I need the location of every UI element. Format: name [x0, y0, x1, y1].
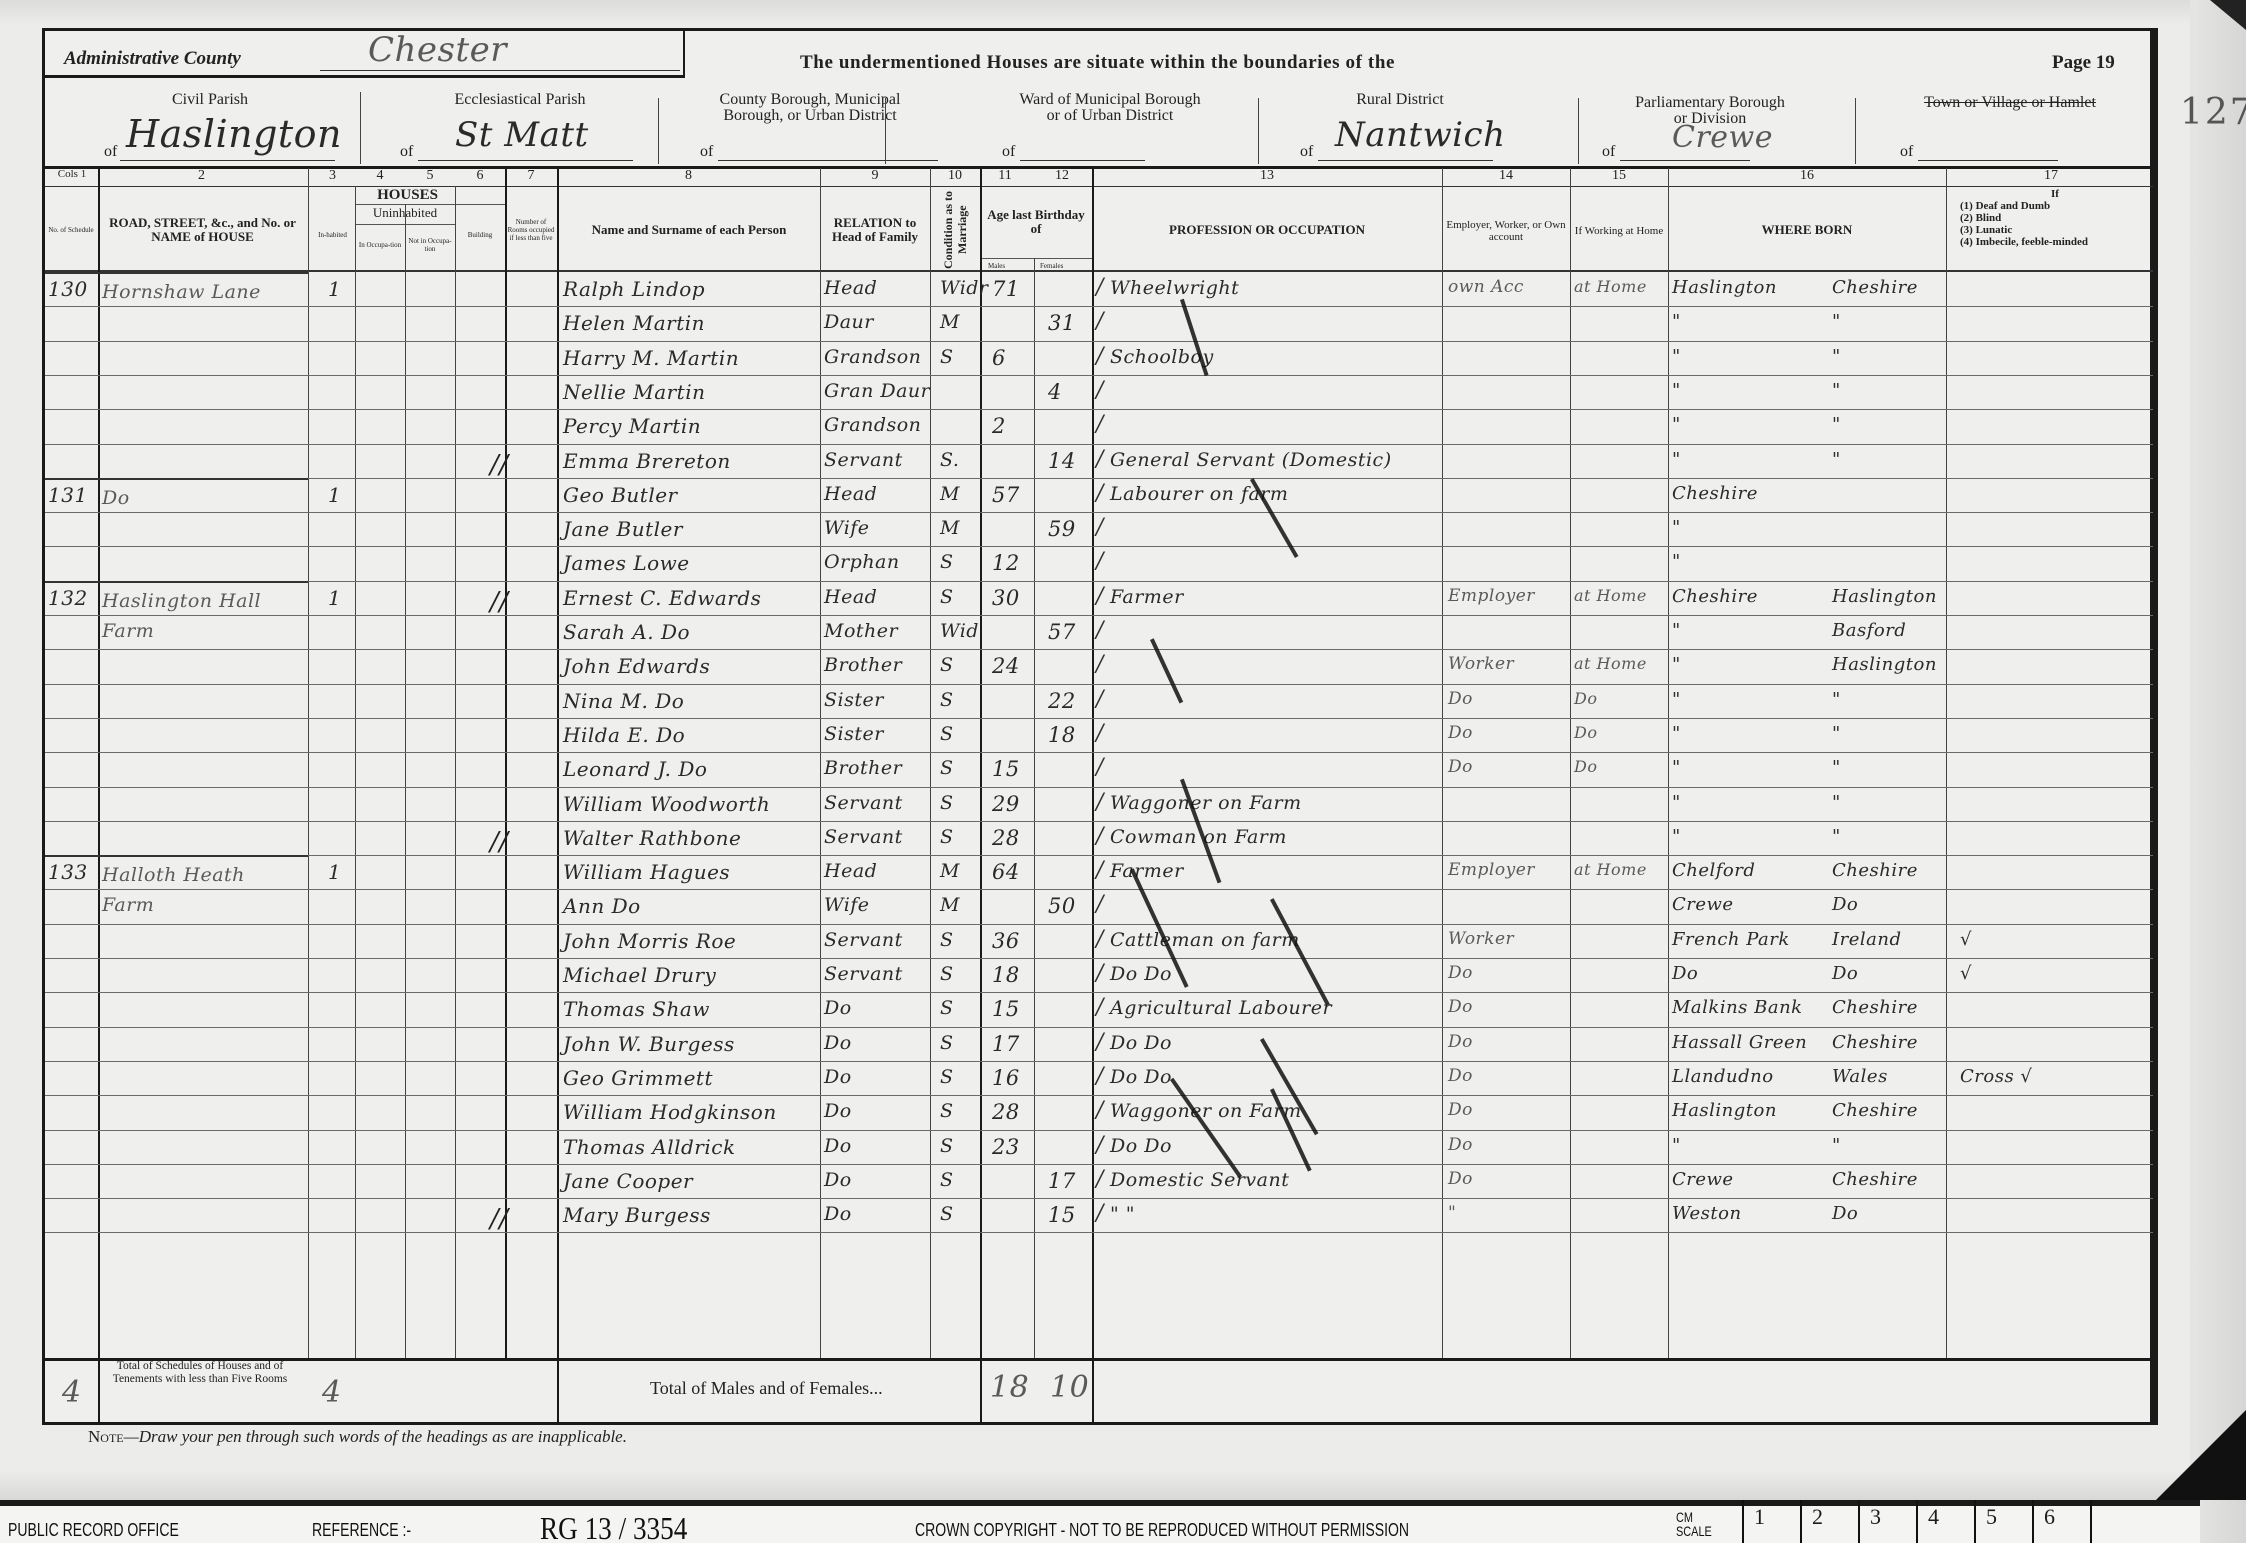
- row-female-age: 57: [1048, 620, 1076, 644]
- scale-tick: [1858, 1500, 1860, 1543]
- row-employer: Do: [1448, 1135, 1473, 1155]
- enumerator-tick-icon: /: [1096, 961, 1104, 986]
- col-divider: [1946, 168, 1947, 1358]
- row-condition: S: [940, 1032, 954, 1054]
- cm-scale-label: CM SCALE: [1676, 1510, 1707, 1538]
- col-employer-header: Employer, Worker, or Own account: [1444, 196, 1568, 266]
- row-name: Geo Butler: [563, 483, 678, 507]
- row-male-age: 57: [992, 483, 1020, 507]
- enumerator-tick-icon: /: [1096, 584, 1104, 609]
- row-relation: Daur: [824, 311, 874, 333]
- row-relation: Wife: [824, 894, 870, 916]
- col-divider: [405, 204, 406, 1358]
- col-divider: [1668, 168, 1669, 1358]
- row-inhabited: 1: [328, 277, 341, 301]
- row-born-place: Cheshire: [1672, 586, 1758, 607]
- col-occupation-header: PROFESSION OR OCCUPATION: [1094, 200, 1440, 260]
- row-born-place: ": [1672, 757, 1681, 778]
- col-number: 14: [1442, 168, 1570, 184]
- row-condition: S: [940, 1169, 954, 1191]
- row-relation: Orphan: [824, 551, 900, 573]
- row-male-age: 28: [992, 826, 1020, 850]
- row-born-county: Cheshire: [1832, 1169, 1918, 1190]
- col-number: 2: [98, 168, 305, 184]
- schedule-rule: [45, 272, 308, 274]
- col-divider: [930, 168, 931, 1358]
- row-relation: Head: [824, 277, 877, 299]
- row-born-place: ": [1672, 311, 1681, 332]
- row-rule: [45, 958, 2153, 959]
- row-condition: S: [940, 586, 954, 608]
- ward-label: Ward of Municipal Boroughor of Urban Dis…: [960, 92, 1260, 124]
- enumerator-tick-icon: /: [1096, 1201, 1104, 1226]
- row-name: William Woodworth: [563, 792, 770, 816]
- copyright-notice: CROWN COPYRIGHT - NOT TO BE REPRODUCED W…: [915, 1520, 1409, 1541]
- row-born-place: French Park: [1672, 929, 1790, 950]
- row-born-county: ": [1832, 311, 1841, 332]
- scale-tick: [1742, 1500, 1744, 1543]
- totals-top-rule: [45, 1358, 2153, 1361]
- col-number: 9: [820, 168, 930, 184]
- row-at-home: Do: [1574, 689, 1597, 708]
- col-divider: [557, 168, 559, 1425]
- reference-number: RG 13 / 3354: [540, 1510, 687, 1543]
- row-occupation: Do Do: [1110, 1135, 1172, 1157]
- row-condition: S.: [940, 449, 959, 471]
- row-occupation: Waggoner on Farm: [1110, 1100, 1302, 1122]
- row-relation: Do: [824, 997, 852, 1019]
- row-born-place: Crewe: [1672, 894, 1734, 915]
- col-number: 7: [505, 168, 557, 184]
- row-employer: Do: [1448, 1066, 1473, 1086]
- enumerator-tick-icon: /: [1096, 481, 1104, 506]
- row-born-county: ": [1832, 380, 1841, 401]
- row-born-place: ": [1672, 792, 1681, 813]
- enumerator-tick-icon: /: [1096, 721, 1104, 746]
- row-name: Nina M. Do: [563, 689, 684, 713]
- row-schedule: 130: [48, 277, 88, 301]
- row-female-age: 4: [1048, 380, 1062, 404]
- row-rule: [45, 1232, 2153, 1233]
- scale-tick: [2032, 1500, 2034, 1543]
- totals-females: 10: [1050, 1370, 1089, 1405]
- divider: [658, 98, 659, 164]
- row-occupation: Farmer: [1110, 860, 1184, 882]
- row-born-place: ": [1672, 723, 1681, 744]
- col-divider: [355, 186, 356, 1358]
- row-condition: S: [940, 792, 954, 814]
- row-name: Thomas Shaw: [563, 997, 710, 1021]
- scale-number: 1: [1754, 1504, 1765, 1530]
- row-relation: Grandson: [824, 414, 921, 436]
- enumerator-tick-icon: /: [1096, 378, 1104, 403]
- row-born-place: ": [1672, 380, 1681, 401]
- row-rule: [45, 1027, 2153, 1028]
- enumerator-tick-icon: /: [1096, 515, 1104, 540]
- civil-parish-value: Haslington: [126, 112, 342, 156]
- row-name: Sarah A. Do: [563, 620, 690, 644]
- row-female-age: 14: [1048, 449, 1076, 473]
- row-employer: Do: [1448, 997, 1473, 1017]
- row-condition: S: [940, 1203, 954, 1225]
- row-address: Halloth Heath Farm: [102, 860, 302, 920]
- row-female-age: 17: [1048, 1169, 1076, 1193]
- row-born-county: Cheshire: [1832, 1100, 1918, 1121]
- row-rule: [45, 1130, 2153, 1131]
- row-occupation: General Servant (Domestic): [1110, 449, 1392, 471]
- row-relation: Servant: [824, 792, 903, 814]
- col-number: 13: [1092, 168, 1442, 184]
- enumerator-tick-icon: /: [1096, 790, 1104, 815]
- col-houses-header: HOUSES: [310, 186, 505, 204]
- col-divider: [820, 168, 821, 1358]
- row-born-place: Haslington: [1672, 1100, 1777, 1121]
- scale-number: 5: [1986, 1504, 1997, 1530]
- row-relation: Do: [824, 1135, 852, 1157]
- row-born-county: ": [1832, 723, 1841, 744]
- row-rule: [45, 924, 2153, 925]
- row-rule: [45, 375, 2153, 376]
- row-born-county: Do: [1832, 1203, 1858, 1224]
- row-born-county: Cheshire: [1832, 997, 1918, 1018]
- boundaries-banner: The undermentioned Houses are situate wi…: [800, 52, 1395, 74]
- row-relation: Sister: [824, 689, 884, 711]
- row-employer: Do: [1448, 1032, 1473, 1052]
- row-born-county: ": [1832, 414, 1841, 435]
- row-female-age: 18: [1048, 723, 1076, 747]
- row-rule: [45, 1095, 2153, 1096]
- row-employer: Do: [1448, 1100, 1473, 1120]
- row-male-age: 30: [992, 586, 1020, 610]
- row-rule: [45, 889, 2153, 890]
- row-at-home: at Home: [1574, 277, 1647, 296]
- schedule-rule: [45, 855, 308, 857]
- row-relation: Do: [824, 1203, 852, 1225]
- row-name: John W. Burgess: [563, 1032, 735, 1056]
- row-condition: S: [940, 826, 954, 848]
- row-born-county: ": [1832, 1135, 1841, 1156]
- of-label: of: [1602, 143, 1615, 161]
- row-male-age: 6: [992, 346, 1006, 370]
- col-divider: [308, 168, 309, 1358]
- rural-district-label: Rural District: [1300, 92, 1500, 108]
- row-condition: S: [940, 551, 954, 573]
- underline: [1318, 160, 1493, 161]
- scale-tick: [1974, 1500, 1976, 1543]
- ecclesiastical-parish-label: Ecclesiastical Parish: [420, 92, 620, 108]
- col-number: 12: [1032, 168, 1092, 184]
- enumerator-tick-icon: /: [1096, 892, 1104, 917]
- col-number: 5: [405, 168, 455, 184]
- row-schedule: 131: [48, 483, 88, 507]
- col-number: 11: [980, 168, 1030, 184]
- row-condition: S: [940, 757, 954, 779]
- row-rule: [45, 992, 2153, 993]
- rural-district-value: Nantwich: [1335, 115, 1506, 155]
- row-address: Haslington Hall Farm: [102, 586, 302, 646]
- household-end-mark-icon: //: [490, 1204, 509, 1234]
- row-male-age: 18: [992, 963, 1020, 987]
- row-born-county: Do: [1832, 963, 1858, 984]
- enumerator-tick-icon: /: [1096, 344, 1104, 369]
- row-male-age: 17: [992, 1032, 1020, 1056]
- row-at-home: at Home: [1574, 654, 1647, 673]
- row-name: Jane Cooper: [563, 1169, 693, 1193]
- of-label: of: [400, 143, 413, 161]
- row-employer: Do: [1448, 689, 1473, 709]
- row-relation: Brother: [824, 757, 902, 779]
- underline: [1620, 160, 1750, 161]
- row-name: Ernest C. Edwards: [563, 586, 761, 610]
- instruction-note: Note—Draw your pen through such words of…: [88, 1427, 627, 1447]
- admin-county-underline: [320, 70, 680, 71]
- col-relation-header: RELATION to Head of Family: [822, 200, 928, 260]
- enumerator-tick-icon: /: [1096, 309, 1104, 334]
- row-male-age: 24: [992, 654, 1020, 678]
- row-condition: S: [940, 1066, 954, 1088]
- divider: [360, 92, 361, 164]
- row-born-county: ": [1832, 757, 1841, 778]
- row-male-age: 2: [992, 414, 1006, 438]
- row-born-county: ": [1832, 826, 1841, 847]
- row-employer: Do: [1448, 1169, 1473, 1189]
- page-number: Page 19: [2052, 52, 2115, 74]
- row-schedule: 133: [48, 860, 88, 884]
- col-where-born-header: WHERE BORN: [1670, 200, 1944, 260]
- row-inhabited: 1: [328, 586, 341, 610]
- col-at-home-header: If Working at Home: [1572, 196, 1666, 266]
- row-born-county: Haslington: [1832, 586, 1937, 607]
- row-rule: [45, 546, 2153, 547]
- divider: [1258, 98, 1259, 164]
- row-occupation: Domestic Servant: [1110, 1169, 1289, 1191]
- divider: [45, 75, 685, 78]
- row-condition: Wid: [940, 620, 979, 642]
- row-name: Helen Martin: [563, 311, 705, 335]
- row-relation: Sister: [824, 723, 884, 745]
- row-rule: [45, 752, 2153, 753]
- row-born-place: Llandudno: [1672, 1066, 1774, 1087]
- row-condition: S: [940, 929, 954, 951]
- row-name: Emma Brereton: [563, 449, 731, 473]
- folio-stamp: 127: [2180, 92, 2246, 133]
- row-born-place: ": [1672, 1135, 1681, 1156]
- row-male-age: 29: [992, 792, 1020, 816]
- row-condition: S: [940, 1135, 954, 1157]
- col-schedule-header: No. of Schedule: [44, 200, 98, 260]
- row-condition: M: [940, 517, 960, 539]
- reference-label: REFERENCE :-: [312, 1520, 411, 1541]
- schedule-rule: [45, 478, 308, 480]
- admin-county-value: Chester: [368, 30, 507, 70]
- col-divider: [98, 168, 100, 1425]
- row-condition: S: [940, 723, 954, 745]
- row-condition: M: [940, 860, 960, 882]
- col-divider: [1034, 258, 1035, 1358]
- enumerator-tick-icon: /: [1096, 687, 1104, 712]
- col-number: 10: [930, 168, 980, 184]
- row-born-place: ": [1672, 346, 1681, 367]
- col-males-header: Males: [988, 262, 1005, 270]
- col-divider: [505, 168, 507, 1358]
- row-relation: Brother: [824, 654, 902, 676]
- underline: [718, 160, 938, 161]
- col-in-occupation-header: In Occupa-tion: [357, 228, 403, 262]
- totals-schedules-count: 4: [62, 1375, 82, 1410]
- row-rule: [45, 409, 2153, 410]
- totals-houses-count: 4: [322, 1375, 342, 1410]
- enumerator-tick-icon: /: [1096, 618, 1104, 643]
- row-name: John Edwards: [563, 654, 710, 678]
- county-borough-label: County Borough, MunicipalBorough, or Urb…: [680, 92, 940, 124]
- row-female-age: 50: [1048, 894, 1076, 918]
- row-name: Percy Martin: [563, 414, 701, 438]
- row-relation: Mother: [824, 620, 898, 642]
- col-divider: [980, 168, 982, 1425]
- row-born-county: ": [1832, 689, 1841, 710]
- scale-number: 4: [1928, 1504, 1939, 1530]
- row-relation: Head: [824, 586, 877, 608]
- civil-parish-label: Civil Parish: [120, 92, 300, 108]
- row-male-age: 16: [992, 1066, 1020, 1090]
- row-born-county: Cheshire: [1832, 277, 1918, 298]
- page-edge: [2190, 0, 2246, 1543]
- row-male-age: 15: [992, 757, 1020, 781]
- row-born-place: ": [1672, 826, 1681, 847]
- col-inhabited-header: In-habited: [310, 215, 355, 255]
- row-rule: [45, 684, 2153, 685]
- row-female-age: 31: [1048, 311, 1076, 335]
- row-condition: S: [940, 689, 954, 711]
- enumerator-tick-icon: /: [1096, 927, 1104, 952]
- row-born-place: Crewe: [1672, 1169, 1734, 1190]
- household-end-mark-icon: //: [490, 587, 509, 617]
- row-employer: Employer: [1448, 586, 1535, 606]
- row-occupation: Do Do: [1110, 963, 1172, 985]
- enumerator-tick-icon: /: [1096, 275, 1104, 300]
- row-name: Geo Grimmett: [563, 1066, 713, 1090]
- row-relation: Servant: [824, 929, 903, 951]
- row-rule: [45, 821, 2153, 822]
- row-occupation: Agricultural Labourer: [1110, 997, 1332, 1019]
- household-end-mark-icon: //: [490, 450, 509, 480]
- col-number: Cols 1: [44, 168, 100, 180]
- row-born-place: ": [1672, 689, 1681, 710]
- row-name: Walter Rathbone: [563, 826, 741, 850]
- row-born-county: Haslington: [1832, 654, 1937, 675]
- col-divider: [1442, 168, 1443, 1358]
- archive-office: PUBLIC RECORD OFFICE: [8, 1520, 179, 1541]
- row-born-place: ": [1672, 551, 1681, 572]
- underline: [1020, 160, 1145, 161]
- row-at-home: Do: [1574, 757, 1597, 776]
- scale-tick: [2090, 1500, 2092, 1543]
- row-inhabited: 1: [328, 860, 341, 884]
- row-rule: [45, 1061, 2153, 1062]
- row-born-place: Weston: [1672, 1203, 1742, 1224]
- row-name: Jane Butler: [563, 517, 683, 541]
- row-male-age: 28: [992, 1100, 1020, 1124]
- header-bottom-rule: [45, 270, 2153, 272]
- row-rule: [45, 718, 2153, 719]
- row-employer: ": [1448, 1203, 1456, 1223]
- row-rule: [45, 649, 2153, 650]
- of-label: of: [1900, 143, 1913, 161]
- enumerator-tick-icon: /: [1096, 652, 1104, 677]
- scale-tick: [1916, 1500, 1918, 1543]
- row-inhabited: 1: [328, 483, 341, 507]
- row-occupation: Farmer: [1110, 586, 1184, 608]
- row-name: Ralph Lindop: [563, 277, 705, 301]
- enumerator-tick-icon: /: [1096, 755, 1104, 780]
- row-condition: S: [940, 1100, 954, 1122]
- row-rule: [45, 341, 2153, 342]
- row-born-place: Chelford: [1672, 860, 1755, 881]
- enumerator-tick-icon: /: [1096, 1064, 1104, 1089]
- parliamentary-value: Crewe: [1672, 120, 1773, 155]
- col-number: 15: [1570, 168, 1668, 184]
- row-relation: Wife: [824, 517, 870, 539]
- row-name: Ann Do: [563, 894, 641, 918]
- row-relation: Do: [824, 1032, 852, 1054]
- row-rule: [45, 581, 2153, 582]
- row-female-age: 15: [1048, 1203, 1076, 1227]
- row-at-home: Do: [1574, 723, 1597, 742]
- row-condition: M: [940, 483, 960, 505]
- row-condition: M: [940, 894, 960, 916]
- scale-number: 6: [2044, 1504, 2055, 1530]
- enumerator-tick-icon: /: [1096, 858, 1104, 883]
- enumerator-tick-icon: /: [1096, 1030, 1104, 1055]
- row-relation: Grandson: [824, 346, 921, 368]
- row-born-county: Cheshire: [1832, 860, 1918, 881]
- row-infirmity: Cross √: [1960, 1066, 2032, 1087]
- row-born-county: Ireland: [1832, 929, 1901, 950]
- row-relation: Do: [824, 1066, 852, 1088]
- col-road-header: ROAD, STREET, &c., and No. or NAME of HO…: [100, 200, 305, 260]
- row-address: Do: [102, 483, 302, 513]
- row-name: John Morris Roe: [563, 929, 736, 953]
- row-born-county: Do: [1832, 894, 1858, 915]
- enumerator-tick-icon: /: [1096, 549, 1104, 574]
- row-male-age: 23: [992, 1135, 1020, 1159]
- row-male-age: 36: [992, 929, 1020, 953]
- row-born-place: ": [1672, 517, 1681, 538]
- divider: [885, 98, 886, 164]
- row-condition: S: [940, 963, 954, 985]
- row-name: Michael Drury: [563, 963, 716, 987]
- of-label: of: [1002, 143, 1015, 161]
- row-name: William Hodgkinson: [563, 1100, 777, 1124]
- row-occupation: Cattleman on farm: [1110, 929, 1300, 951]
- row-relation: Do: [824, 1100, 852, 1122]
- row-rule: [45, 1198, 2153, 1199]
- row-born-county: ": [1832, 792, 1841, 813]
- totals-sex-label: Total of Males and of Females...: [650, 1378, 883, 1399]
- enumerator-tick-icon: /: [1096, 1167, 1104, 1192]
- row-born-place: Hassall Green: [1672, 1032, 1807, 1053]
- row-condition: S: [940, 346, 954, 368]
- row-name: James Lowe: [563, 551, 690, 575]
- row-relation: Do: [824, 1169, 852, 1191]
- row-infirmity: √: [1960, 929, 1972, 950]
- underline: [120, 160, 335, 161]
- row-relation: Servant: [824, 963, 903, 985]
- row-name: Thomas Alldrick: [563, 1135, 736, 1159]
- row-male-age: 64: [992, 860, 1020, 884]
- row-address: Hornshaw Lane: [102, 277, 302, 307]
- col-building-header: Building: [455, 215, 505, 255]
